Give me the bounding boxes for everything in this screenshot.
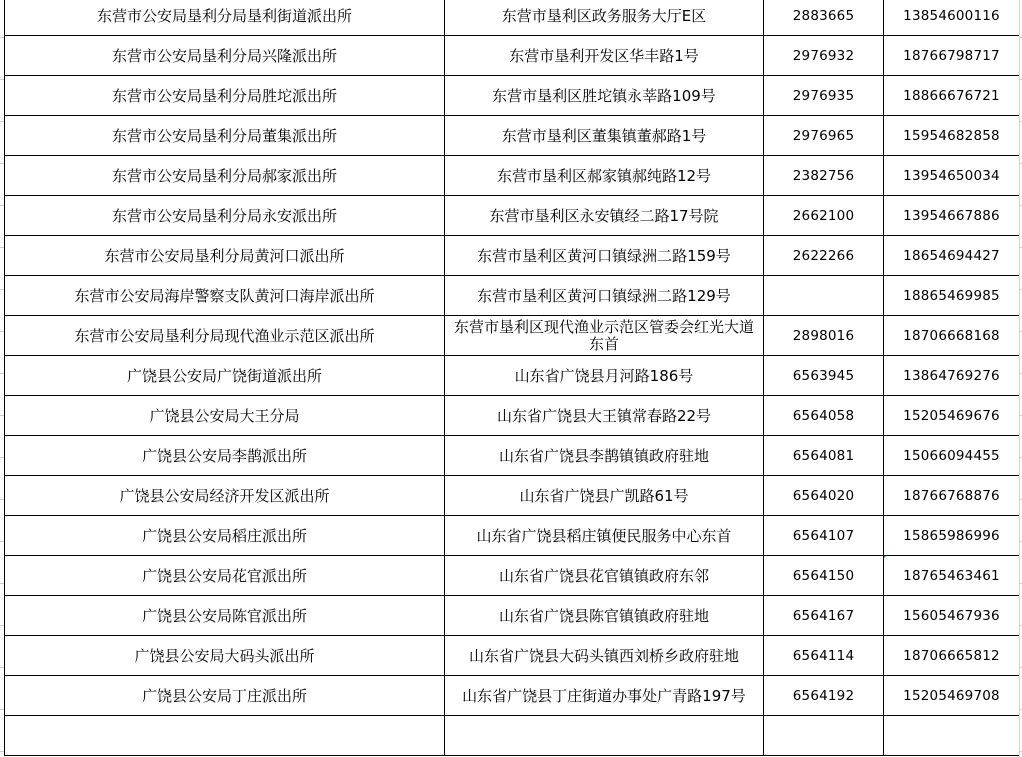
cell-mobile-phone[interactable]: 13954650034 bbox=[884, 156, 1020, 196]
cell-mobile-phone[interactable]: 18865469985 bbox=[884, 276, 1020, 316]
cell-mobile-phone[interactable]: 15865986996 bbox=[884, 516, 1020, 556]
spreadsheet-view: 东营市公安局垦利分局垦利街道派出所 东营市垦利区政务服务大厅E区 2883665… bbox=[0, 0, 1022, 757]
cell-unit-name[interactable]: 东营市公安局垦利分局现代渔业示范区派出所 bbox=[5, 316, 445, 356]
table-row: 广饶县公安局经济开发区派出所 山东省广饶县广凯路61号 6564020 1876… bbox=[5, 476, 1020, 516]
cell-mobile-phone[interactable]: 15205469676 bbox=[884, 396, 1020, 436]
table-row: 东营市公安局垦利分局兴隆派出所 东营市垦利开发区华丰路1号 2976932 18… bbox=[5, 36, 1020, 76]
cell-mobile-phone[interactable]: 18866676721 bbox=[884, 76, 1020, 116]
cell-address[interactable]: 东营市垦利区政务服务大厅E区 bbox=[445, 0, 764, 36]
table-row: 广饶县公安局李鹊派出所 山东省广饶县李鹊镇镇政府驻地 6564081 15066… bbox=[5, 436, 1020, 476]
cell-unit-name[interactable]: 广饶县公安局广饶街道派出所 bbox=[5, 356, 445, 396]
cell-unit-name[interactable]: 广饶县公安局花官派出所 bbox=[5, 556, 445, 596]
cell-address[interactable]: 山东省广饶县陈官镇镇政府驻地 bbox=[445, 596, 764, 636]
cell-address[interactable]: 东营市垦利区永安镇经二路17号院 bbox=[445, 196, 764, 236]
cell-unit-name[interactable]: 东营市公安局海岸警察支队黄河口海岸派出所 bbox=[5, 276, 445, 316]
table-row: 广饶县公安局广饶街道派出所 山东省广饶县月河路186号 6563945 1386… bbox=[5, 356, 1020, 396]
cell-mobile-phone[interactable] bbox=[884, 716, 1020, 756]
cell-unit-name[interactable]: 广饶县公安局稻庄派出所 bbox=[5, 516, 445, 556]
cell-unit-name[interactable] bbox=[5, 716, 445, 756]
cell-address[interactable]: 山东省广饶县大王镇常春路22号 bbox=[445, 396, 764, 436]
cell-mobile-phone[interactable]: 13864769276 bbox=[884, 356, 1020, 396]
police-station-table: 东营市公安局垦利分局垦利街道派出所 东营市垦利区政务服务大厅E区 2883665… bbox=[4, 0, 1020, 756]
cell-address[interactable]: 山东省广饶县稻庄镇便民服务中心东首 bbox=[445, 516, 764, 556]
table-row: 广饶县公安局丁庄派出所 山东省广饶县丁庄街道办事处广青路197号 6564192… bbox=[5, 676, 1020, 716]
cell-address[interactable] bbox=[445, 716, 764, 756]
cell-unit-name[interactable]: 东营市公安局垦利分局黄河口派出所 bbox=[5, 236, 445, 276]
cell-office-phone[interactable]: 6564167 bbox=[764, 596, 884, 636]
cell-office-phone[interactable]: 6564081 bbox=[764, 436, 884, 476]
table-row: 东营市公安局垦利分局董集派出所 东营市垦利区董集镇董郝路1号 2976965 1… bbox=[5, 116, 1020, 156]
cell-address[interactable]: 东营市垦利开发区华丰路1号 bbox=[445, 36, 764, 76]
table-row: 东营市公安局垦利分局永安派出所 东营市垦利区永安镇经二路17号院 2662100… bbox=[5, 196, 1020, 236]
cell-mobile-phone[interactable]: 18766798717 bbox=[884, 36, 1020, 76]
cell-mobile-phone-value: 18765463461 bbox=[903, 568, 1000, 584]
cell-office-phone[interactable]: 2622266 bbox=[764, 236, 884, 276]
cell-office-phone[interactable]: 2382756 bbox=[764, 156, 884, 196]
cell-office-phone[interactable]: 6564020 bbox=[764, 476, 884, 516]
cell-office-phone[interactable]: 6564114 bbox=[764, 636, 884, 676]
table-row: 广饶县公安局陈官派出所 山东省广饶县陈官镇镇政府驻地 6564167 15605… bbox=[5, 596, 1020, 636]
table-row bbox=[5, 716, 1020, 756]
cell-mobile-phone[interactable]: 18765463461 bbox=[884, 556, 1020, 596]
table-row: 广饶县公安局大王分局 山东省广饶县大王镇常春路22号 6564058 15205… bbox=[5, 396, 1020, 436]
cell-address[interactable]: 山东省广饶县大码头镇西刘桥乡政府驻地 bbox=[445, 636, 764, 676]
table-row: 东营市公安局垦利分局郝家派出所 东营市垦利区郝家镇郝纯路12号 2382756 … bbox=[5, 156, 1020, 196]
cell-mobile-phone[interactable]: 18766768876 bbox=[884, 476, 1020, 516]
cell-address[interactable]: 山东省广饶县月河路186号 bbox=[445, 356, 764, 396]
table-row: 东营市公安局垦利分局胜坨派出所 东营市垦利区胜坨镇永莘路109号 2976935… bbox=[5, 76, 1020, 116]
table-row: 东营市公安局垦利分局黄河口派出所 东营市垦利区黄河口镇绿洲二路159号 2622… bbox=[5, 236, 1020, 276]
cell-office-phone[interactable]: 6564150 bbox=[764, 556, 884, 596]
cell-unit-name[interactable]: 东营市公安局垦利分局董集派出所 bbox=[5, 116, 445, 156]
cell-address[interactable]: 东营市垦利区黄河口镇绿洲二路129号 bbox=[445, 276, 764, 316]
cell-office-phone[interactable]: 6563945 bbox=[764, 356, 884, 396]
cell-address[interactable]: 山东省广饶县丁庄街道办事处广青路197号 bbox=[445, 676, 764, 716]
cell-unit-name[interactable]: 广饶县公安局大王分局 bbox=[5, 396, 445, 436]
cell-mobile-phone[interactable]: 15066094455 bbox=[884, 436, 1020, 476]
cell-office-phone[interactable]: 6564107 bbox=[764, 516, 884, 556]
cell-unit-name[interactable]: 广饶县公安局陈官派出所 bbox=[5, 596, 445, 636]
cell-unit-name[interactable]: 东营市公安局垦利分局胜坨派出所 bbox=[5, 76, 445, 116]
cell-unit-name[interactable]: 东营市公安局垦利分局永安派出所 bbox=[5, 196, 445, 236]
cell-address[interactable]: 东营市垦利区董集镇董郝路1号 bbox=[445, 116, 764, 156]
cell-address[interactable]: 山东省广饶县花官镇镇政府东邻 bbox=[445, 556, 764, 596]
cell-office-phone[interactable]: 2976935 bbox=[764, 76, 884, 116]
table-row: 东营市公安局海岸警察支队黄河口海岸派出所 东营市垦利区黄河口镇绿洲二路129号 … bbox=[5, 276, 1020, 316]
cell-office-phone[interactable]: 6564192 bbox=[764, 676, 884, 716]
cell-unit-name[interactable]: 东营市公安局垦利分局郝家派出所 bbox=[5, 156, 445, 196]
table-row: 东营市公安局垦利分局垦利街道派出所 东营市垦利区政务服务大厅E区 2883665… bbox=[5, 0, 1020, 36]
cell-address[interactable]: 东营市垦利区胜坨镇永莘路109号 bbox=[445, 76, 764, 116]
cell-mobile-phone[interactable]: 15205469708 bbox=[884, 676, 1020, 716]
cell-office-phone[interactable]: 2976932 bbox=[764, 36, 884, 76]
cell-address[interactable]: 东营市垦利区郝家镇郝纯路12号 bbox=[445, 156, 764, 196]
table-row: 广饶县公安局稻庄派出所 山东省广饶县稻庄镇便民服务中心东首 6564107 15… bbox=[5, 516, 1020, 556]
cell-office-phone[interactable]: 2662100 bbox=[764, 196, 884, 236]
cell-mobile-phone[interactable]: 13854600116 bbox=[884, 0, 1020, 36]
cell-comment-indicator-icon[interactable] bbox=[884, 556, 889, 561]
cell-office-phone[interactable]: 6564058 bbox=[764, 396, 884, 436]
cell-mobile-phone[interactable]: 15954682858 bbox=[884, 116, 1020, 156]
cell-unit-name[interactable]: 广饶县公安局经济开发区派出所 bbox=[5, 476, 445, 516]
table-row: 广饶县公安局大码头派出所 山东省广饶县大码头镇西刘桥乡政府驻地 6564114 … bbox=[5, 636, 1020, 676]
cell-office-phone[interactable] bbox=[764, 276, 884, 316]
cell-unit-name[interactable]: 东营市公安局垦利分局兴隆派出所 bbox=[5, 36, 445, 76]
cell-office-phone[interactable]: 2898016 bbox=[764, 316, 884, 356]
cell-address[interactable]: 东营市垦利区现代渔业示范区管委会红光大道东首 bbox=[445, 316, 764, 356]
cell-mobile-phone[interactable]: 18654694427 bbox=[884, 236, 1020, 276]
cell-office-phone[interactable] bbox=[764, 716, 884, 756]
cell-address[interactable]: 山东省广饶县李鹊镇镇政府驻地 bbox=[445, 436, 764, 476]
cell-address[interactable]: 东营市垦利区黄河口镇绿洲二路159号 bbox=[445, 236, 764, 276]
cell-mobile-phone[interactable]: 13954667886 bbox=[884, 196, 1020, 236]
table-row: 东营市公安局垦利分局现代渔业示范区派出所 东营市垦利区现代渔业示范区管委会红光大… bbox=[5, 316, 1020, 356]
cell-office-phone[interactable]: 2976965 bbox=[764, 116, 884, 156]
cell-mobile-phone[interactable]: 18706668168 bbox=[884, 316, 1020, 356]
cell-unit-name[interactable]: 广饶县公安局李鹊派出所 bbox=[5, 436, 445, 476]
cell-address[interactable]: 山东省广饶县广凯路61号 bbox=[445, 476, 764, 516]
table-row: 广饶县公安局花官派出所 山东省广饶县花官镇镇政府东邻 6564150 18765… bbox=[5, 556, 1020, 596]
cell-office-phone[interactable]: 2883665 bbox=[764, 0, 884, 36]
cell-mobile-phone[interactable]: 15605467936 bbox=[884, 596, 1020, 636]
cell-unit-name[interactable]: 广饶县公安局大码头派出所 bbox=[5, 636, 445, 676]
cell-mobile-phone[interactable]: 18706665812 bbox=[884, 636, 1020, 676]
cell-unit-name[interactable]: 东营市公安局垦利分局垦利街道派出所 bbox=[5, 0, 445, 36]
cell-unit-name[interactable]: 广饶县公安局丁庄派出所 bbox=[5, 676, 445, 716]
